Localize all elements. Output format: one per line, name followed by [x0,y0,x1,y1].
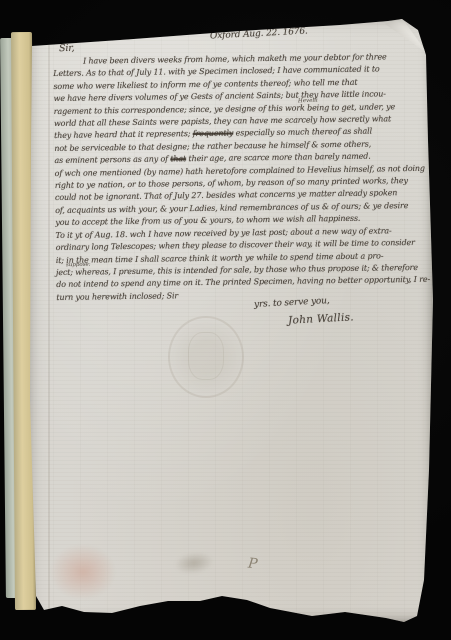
letter-body: I have been divers weeks from home, whic… [53,51,428,304]
faint-ink-smudge [173,549,216,576]
dateline: Oxford Aug. 22. 1676. [210,26,308,41]
interlineation: Hevelii [298,98,318,105]
vertical-crease [48,16,50,628]
photograph: 37 Oxford Aug. 22. 1676. Sir, I have bee… [0,0,451,640]
folio-number: 37 [122,18,157,45]
paper-stain [50,544,116,600]
watermark-circle [168,316,244,398]
letter-paper: 37 Oxford Aug. 22. 1676. Sir, I have bee… [26,16,438,628]
salutation: Sir, [59,43,75,55]
bottom-mark-p: P [247,556,258,573]
signature: John Wallis. [288,311,354,326]
interlineation: suppose: [66,262,91,268]
